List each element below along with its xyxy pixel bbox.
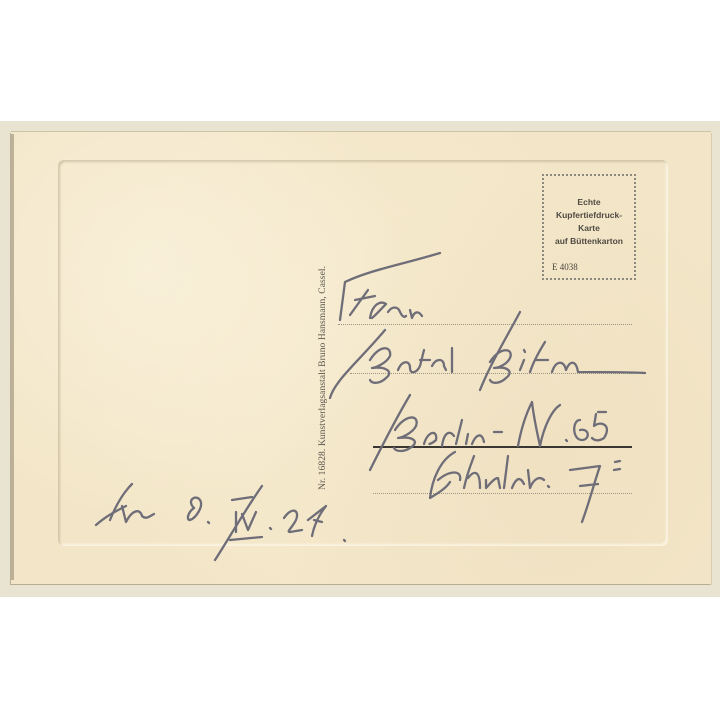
address-line-1 — [338, 324, 632, 325]
address-line-2 — [350, 373, 632, 374]
address-line-4 — [373, 493, 632, 494]
deckle-edge-shadow — [11, 134, 14, 580]
publisher-imprint: Nr. 16828. Kunstverlagsanstalt Bruno Han… — [318, 266, 328, 490]
stamp-box-line: Karte — [544, 222, 634, 235]
stamp-box-line: Echte — [544, 196, 634, 209]
stamp-box-line: Kupfertiefdruck- — [544, 209, 634, 222]
card-code: E 4038 — [552, 262, 578, 272]
stamp-box-line: auf Büttenkarton — [544, 235, 634, 248]
address-underline — [373, 446, 632, 448]
stamp-box: Echte Kupfertiefdruck- Karte auf Büttenk… — [542, 174, 636, 280]
